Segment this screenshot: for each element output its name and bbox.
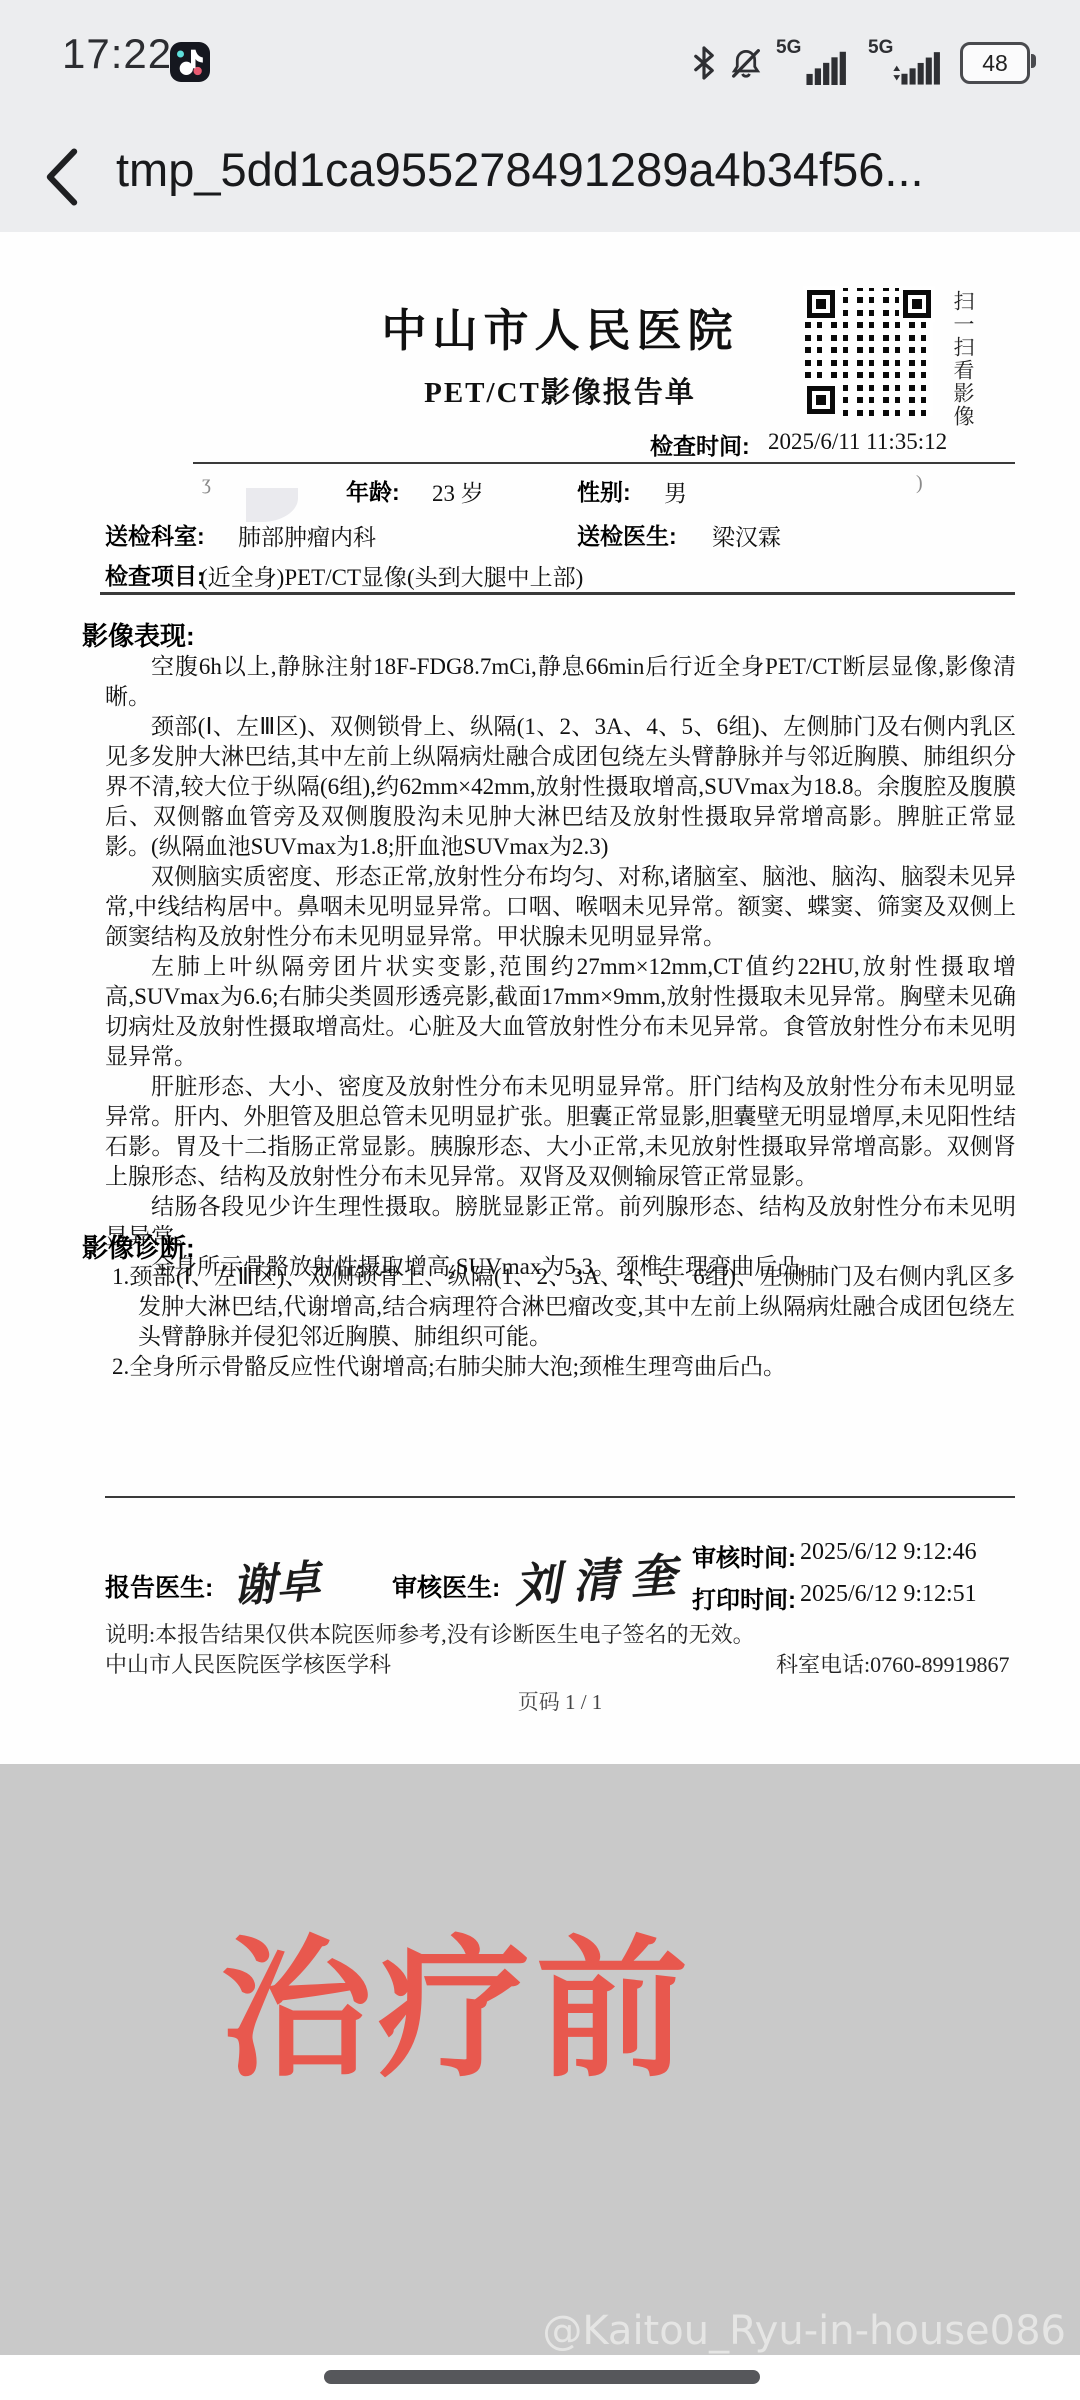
phone-screen: 17:22 5G: [0, 0, 1080, 2400]
bottom-nav-bar: [0, 2355, 1080, 2400]
battery-icon: 48: [960, 42, 1030, 84]
findings-heading: 影像表现:: [82, 616, 195, 653]
redaction-remnant: ): [916, 472, 923, 495]
findings-paragraph: 颈部(Ⅰ、左Ⅲ区)、双侧锁骨上、纵隔(1、2、3A、4、5、6组)、左侧肺门及右…: [105, 712, 1016, 862]
review-time-value: 2025/6/12 9:12:46: [800, 1539, 977, 1566]
divider: [193, 462, 1015, 464]
sex-label: 性别:: [577, 474, 631, 507]
dept-value: 肺部肿瘤内科: [238, 519, 376, 552]
findings-paragraph: 结肠各段见少许生理性摄取。膀胱显影正常。前列腺形态、结构及放射性分布未见明显异常…: [105, 1192, 1016, 1252]
department-phone: 科室电话:0760-89919867: [776, 1648, 1009, 1679]
print-time-label: 打印时间:: [692, 1580, 796, 1615]
exam-item-label: 检查项目:: [105, 558, 205, 591]
network-type-label: 5G: [868, 37, 893, 59]
signal-sim1: 5G: [776, 39, 854, 87]
qr-caption: 扫一扫看影像: [948, 290, 978, 550]
findings-paragraph: 双侧脑实质密度、形态正常,放射性分布均匀、对称,诸脑室、脑池、脑沟、脑裂未见异常…: [105, 862, 1016, 952]
treatment-stage-stamp: 治疗前: [220, 1888, 694, 2106]
age-label: 年龄:: [346, 474, 400, 507]
home-indicator[interactable]: [324, 2370, 760, 2384]
diagnosis-item: 1.颈部(Ⅰ、左Ⅲ区)、双侧锁骨上、纵隔(1、2、3A、4、5、6组)、左侧肺门…: [112, 1262, 1015, 1352]
findings-paragraph: 肝脏形态、大小、密度及放射性分布未见明显异常。肝门结构及放射性分布未见明显异常。…: [105, 1072, 1016, 1192]
divider: [105, 1496, 1015, 1498]
findings-paragraph: 左肺上叶纵隔旁团片状实变影,范围约27mm×12mm,CT值约22HU,放射性摄…: [105, 952, 1016, 1072]
signal-sim2: 5G: [868, 39, 946, 87]
bluetooth-icon: [692, 44, 716, 82]
department-line: 中山市人民医院医学核医学科: [105, 1648, 391, 1679]
redaction-remnant: ʒ: [202, 472, 211, 495]
disclaimer-note: 说明:本报告结果仅供本院医师参考,没有诊断医生电子签名的无效。: [105, 1618, 755, 1649]
review-time-label: 审核时间:: [692, 1538, 796, 1573]
review-doctor-label: 审核医生:: [392, 1568, 500, 1604]
mute-icon: [730, 46, 762, 80]
title-bar: tmp_5dd1ca955278491289a4b34f56...: [0, 128, 1080, 232]
ref-doctor-value: 梁汉霖: [712, 519, 781, 552]
ref-doctor-label: 送检医生:: [577, 518, 677, 551]
eraser-smudge: [246, 488, 298, 522]
print-time-value: 2025/6/12 9:12:51: [800, 1581, 977, 1608]
back-icon[interactable]: [38, 146, 86, 208]
report-doctor-label: 报告医生:: [105, 1568, 213, 1604]
exam-item-value: (近全身)PET/CT显像(头到大腿中上部): [200, 559, 583, 592]
tiktok-app-icon: [170, 42, 210, 82]
document-filename: tmp_5dd1ca955278491289a4b34f56...: [116, 142, 1016, 197]
network-type-label: 5G: [776, 37, 801, 59]
review-doctor-signature: 刘清奎: [514, 1544, 688, 1610]
diagnosis-item: 2.全身所示骨骼反应性代谢增高;右肺尖肺大泡;颈椎生理弯曲后凸。: [112, 1352, 1015, 1382]
diagnosis-list: 1.颈部(Ⅰ、左Ⅲ区)、双侧锁骨上、纵隔(1、2、3A、4、5、6组)、左侧肺门…: [112, 1262, 1015, 1382]
dept-label: 送检科室:: [105, 518, 205, 551]
divider: [100, 592, 1015, 595]
report-doctor-signature: 谢卓: [232, 1548, 320, 1612]
report-page: 中山市人民医院 PET/CT影像报告单 扫一扫看影像 检查时间: 2025/6/…: [0, 232, 1080, 1764]
exam-time-value: 2025/6/11 11:35:12: [768, 429, 947, 455]
watermark: @Kaitou_Ryu-in-house086: [542, 2308, 1066, 2354]
findings-paragraph: 空腹6h以上,静脉注射18F-FDG8.7mCi,静息66min后行近全身PET…: [105, 652, 1016, 712]
age-value: 23 岁: [432, 475, 484, 508]
status-bar: 17:22 5G: [0, 0, 1080, 128]
page-number: 页码 1 / 1: [105, 1686, 1015, 1716]
sex-value: 男: [664, 475, 687, 508]
status-icons: 5G 5G: [692, 38, 1030, 88]
exam-time-label: 检查时间:: [650, 428, 750, 461]
image-backdrop: 治疗前 @Kaitou_Ryu-in-house086: [0, 1764, 1080, 2355]
clock: 17:22: [62, 30, 172, 78]
battery-percent: 48: [982, 50, 1008, 77]
diagnosis-heading: 影像诊断:: [82, 1228, 195, 1265]
findings-text: 空腹6h以上,静脉注射18F-FDG8.7mCi,静息66min后行近全身PET…: [105, 652, 1016, 1282]
qr-code: [805, 288, 933, 416]
